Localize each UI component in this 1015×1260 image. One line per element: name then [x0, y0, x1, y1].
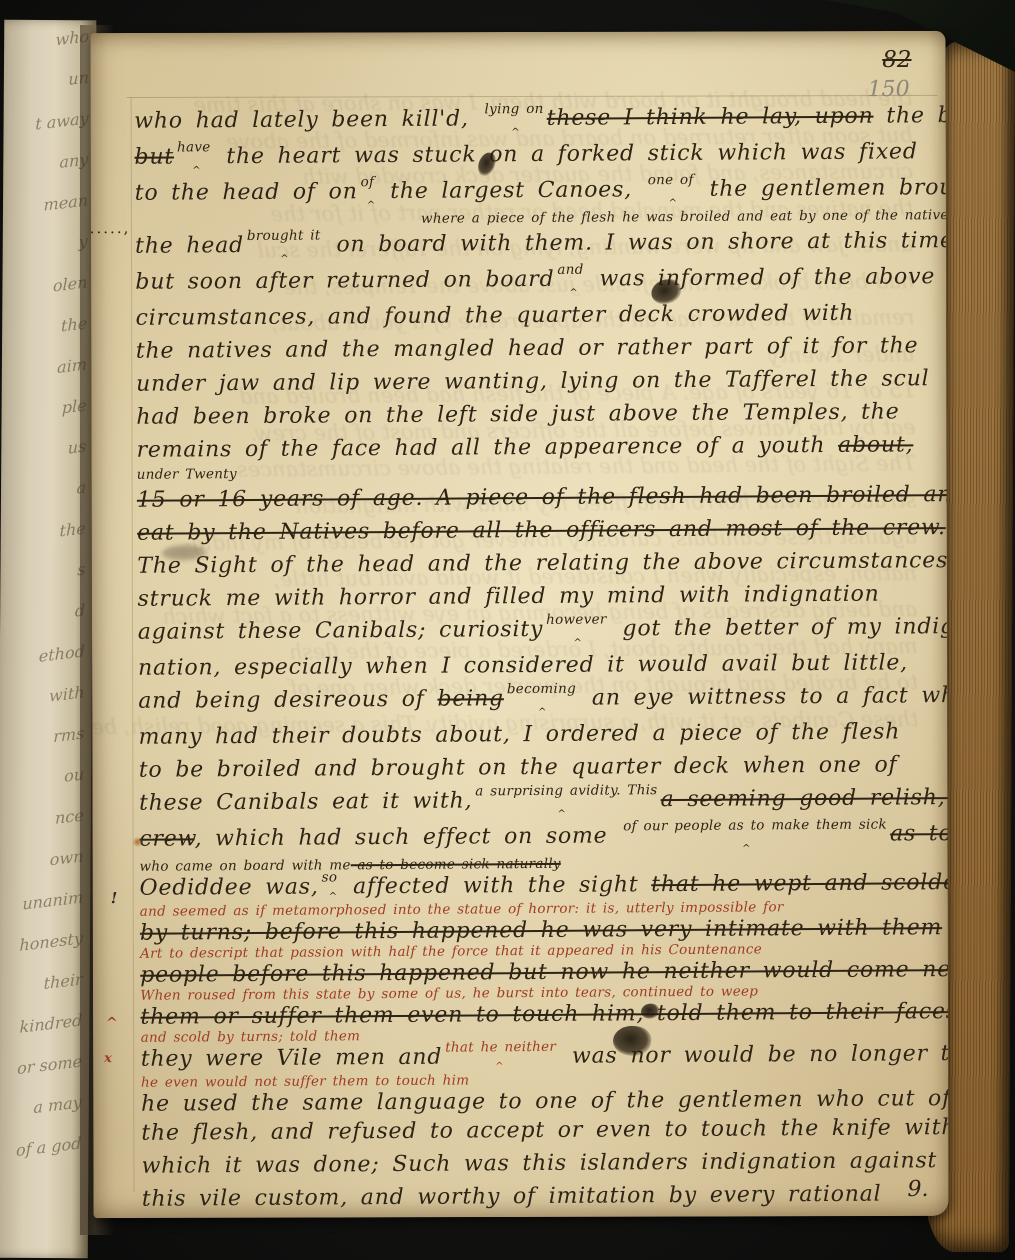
text-segment-ink: which it was done; Such was this islande…: [141, 1148, 937, 1179]
manuscript-line: crew, which had such effect on some of o…: [139, 817, 948, 859]
text-segment-small: who came on board with me: [139, 857, 350, 874]
manuscript-line: and being desireous of beingbecoming an …: [138, 679, 948, 721]
manuscript-line: against these Canibals; curiosityhowever…: [138, 610, 949, 652]
manuscript-line: buthave the heart was stuck on a forked …: [134, 135, 948, 177]
text-segment-insert: a surprising avidity. This: [475, 782, 657, 799]
text-segment-struck: but: [134, 145, 174, 170]
manuscript-line: the flesh, and refused to accept or even…: [141, 1111, 948, 1150]
text-segment-ink: the gentlemen brought: [697, 175, 949, 202]
text-segment-ink: the flesh, and refused to accept or even…: [141, 1115, 948, 1146]
manuscript-line: Oediddee was,so affected with the sight …: [140, 870, 949, 904]
text-segment-insert: of: [361, 174, 375, 190]
ink-smudge: [162, 545, 208, 561]
text-segment-ink: Oediddee was,: [140, 875, 319, 901]
text-segment-ink: had been broke on the left side just abo…: [136, 399, 899, 429]
text-segment-ink: but soon after returned on board: [135, 267, 554, 295]
text-segment-ink: affected with the sight: [340, 872, 651, 899]
text-segment-ink: under jaw and lip were wanting, lying on…: [136, 366, 930, 397]
text-segment-struck-small: as to become sick naturally: [351, 856, 561, 873]
text-segment-ink: the largest Canoes,: [377, 177, 645, 204]
text-segment-ink: the head: [135, 233, 244, 259]
ink-blot: [641, 1004, 659, 1019]
spine-text-fragment: of a god: [0, 1122, 89, 1174]
text-segment-insert: however: [546, 612, 607, 628]
manuscript-line: which it was done; Such was this islande…: [141, 1144, 948, 1183]
text-segment-insert: have: [177, 139, 211, 155]
folio-number-old: 82: [882, 47, 911, 73]
margin-rule-vertical: [131, 97, 135, 1192]
text-segment-insert: lying on: [484, 101, 543, 117]
text-segment-ink: nation, especially when I considered it …: [138, 650, 908, 680]
text-segment-insert: becoming: [507, 681, 576, 697]
text-segment-ink: the natives and the mangled head or rath…: [136, 333, 919, 363]
text-segment-ink: they were Vile men and: [141, 1045, 443, 1072]
text-segment-ink: who had lately been kill'd,: [134, 106, 481, 133]
photo-stage: whount awayanymeanyolentheaimpleusathesd…: [0, 0, 1015, 1260]
text-segment-struck: 15 or 16 years of age. A piece of the fl…: [137, 482, 949, 513]
text-segment-ink: , which had such effect on some: [194, 823, 620, 851]
text-segment-ink: on board with them. I was on shore at th…: [324, 228, 949, 257]
text-segment-insert: of our people as to make them sick: [623, 817, 887, 835]
text-segment-ink: an eye wittness to a fact which: [579, 683, 949, 711]
text-segment-ink: against these Canibals; curiosity: [138, 617, 544, 645]
margin-mark-exclaim: !: [111, 889, 118, 907]
manuscript-line: they were Vile men andthat he neither wa…: [141, 1041, 949, 1075]
text-segment-struck: as to oblige them to vomit,: [890, 819, 949, 846]
text-segment-ink: struck me with horror and filled my mind…: [138, 582, 880, 612]
text-segment-ink: this vile custom, and worthy of imitatio…: [142, 1182, 882, 1212]
text-segment-struck: crew: [139, 826, 194, 851]
sheet-number: 9.: [907, 1177, 928, 1202]
margin-rule-horizontal: [127, 95, 938, 98]
text-segment-red-small: he even would not suffer them to touch h…: [141, 1072, 469, 1090]
text-segment-struck: eat by the Natives before all the office…: [137, 515, 946, 546]
text-segment-insert: brought it: [247, 227, 321, 244]
manuscript-line: who had lately been kill'd, lying onthes…: [134, 99, 948, 141]
manuscript-line: this vile custom, and worthy of imitatio…: [142, 1177, 949, 1216]
manuscript-line: to the head of onof the largest Canoes, …: [135, 171, 949, 213]
text-segment-red-small: horror: it is, utterly impossible for: [528, 899, 783, 917]
text-segment-red-small: and scold by turns; told them: [141, 1028, 361, 1046]
text-segment-ink: was informed of the above: [587, 264, 936, 291]
text-segment-ink: these Canibals eat it with,: [139, 788, 472, 815]
text-segment-insert-red: that he neither: [445, 1039, 556, 1056]
manuscript-line: remains of the face had all the appearen…: [136, 428, 948, 467]
text-segment-struck: that he wept and scolded: [651, 870, 948, 897]
text-segment-struck: about,: [838, 432, 913, 458]
text-segment-small: under Twenty: [137, 466, 237, 483]
text-segment-ink: to the head of on: [135, 179, 358, 206]
text-segment-struck: these I think he lay, upon: [547, 104, 874, 131]
manuscript-text-block: who had lately been kill'd, lying onthes…: [134, 99, 948, 1218]
margin-dots: ......,: [90, 219, 130, 237]
folio-number-new: 150: [868, 77, 910, 102]
text-segment-ink: got the better of my indig-: [610, 614, 949, 641]
ink-stain-dot: [133, 837, 143, 847]
manuscript-line: but soon after returned on boardand was …: [135, 260, 948, 302]
text-segment-ink: the beach: [873, 103, 948, 129]
manuscript-line: the headbrought it on board with them. I…: [135, 224, 949, 266]
margin-cross-red: x: [104, 1051, 112, 1066]
text-segment-ink: The Sight of the head and the relating t…: [137, 548, 948, 579]
text-segment-ink: circumstances, and found the quarter dec…: [136, 301, 855, 331]
text-segment-ink: to be broiled and brought on the quarter…: [139, 752, 898, 782]
text-segment-ink: many had their doubts about, I ordered a…: [138, 719, 900, 749]
text-segment-insert: and: [557, 262, 583, 278]
text-segment-insert: so: [322, 869, 338, 885]
text-segment-struck: being: [437, 686, 504, 711]
manuscript-page: the head brought it on board with them. …: [90, 31, 948, 1218]
text-segment-ink: and being desireous of: [138, 687, 437, 714]
text-segment-ink: remains of the face had all the appearen…: [136, 433, 838, 463]
margin-caret-red: ^: [106, 1015, 118, 1031]
text-segment-ink: the heart was stuck on a forked stick wh…: [213, 139, 917, 169]
text-segment-insert: one of: [648, 172, 694, 188]
text-segment-struck: a seeming good relish, before the whole: [661, 784, 949, 813]
